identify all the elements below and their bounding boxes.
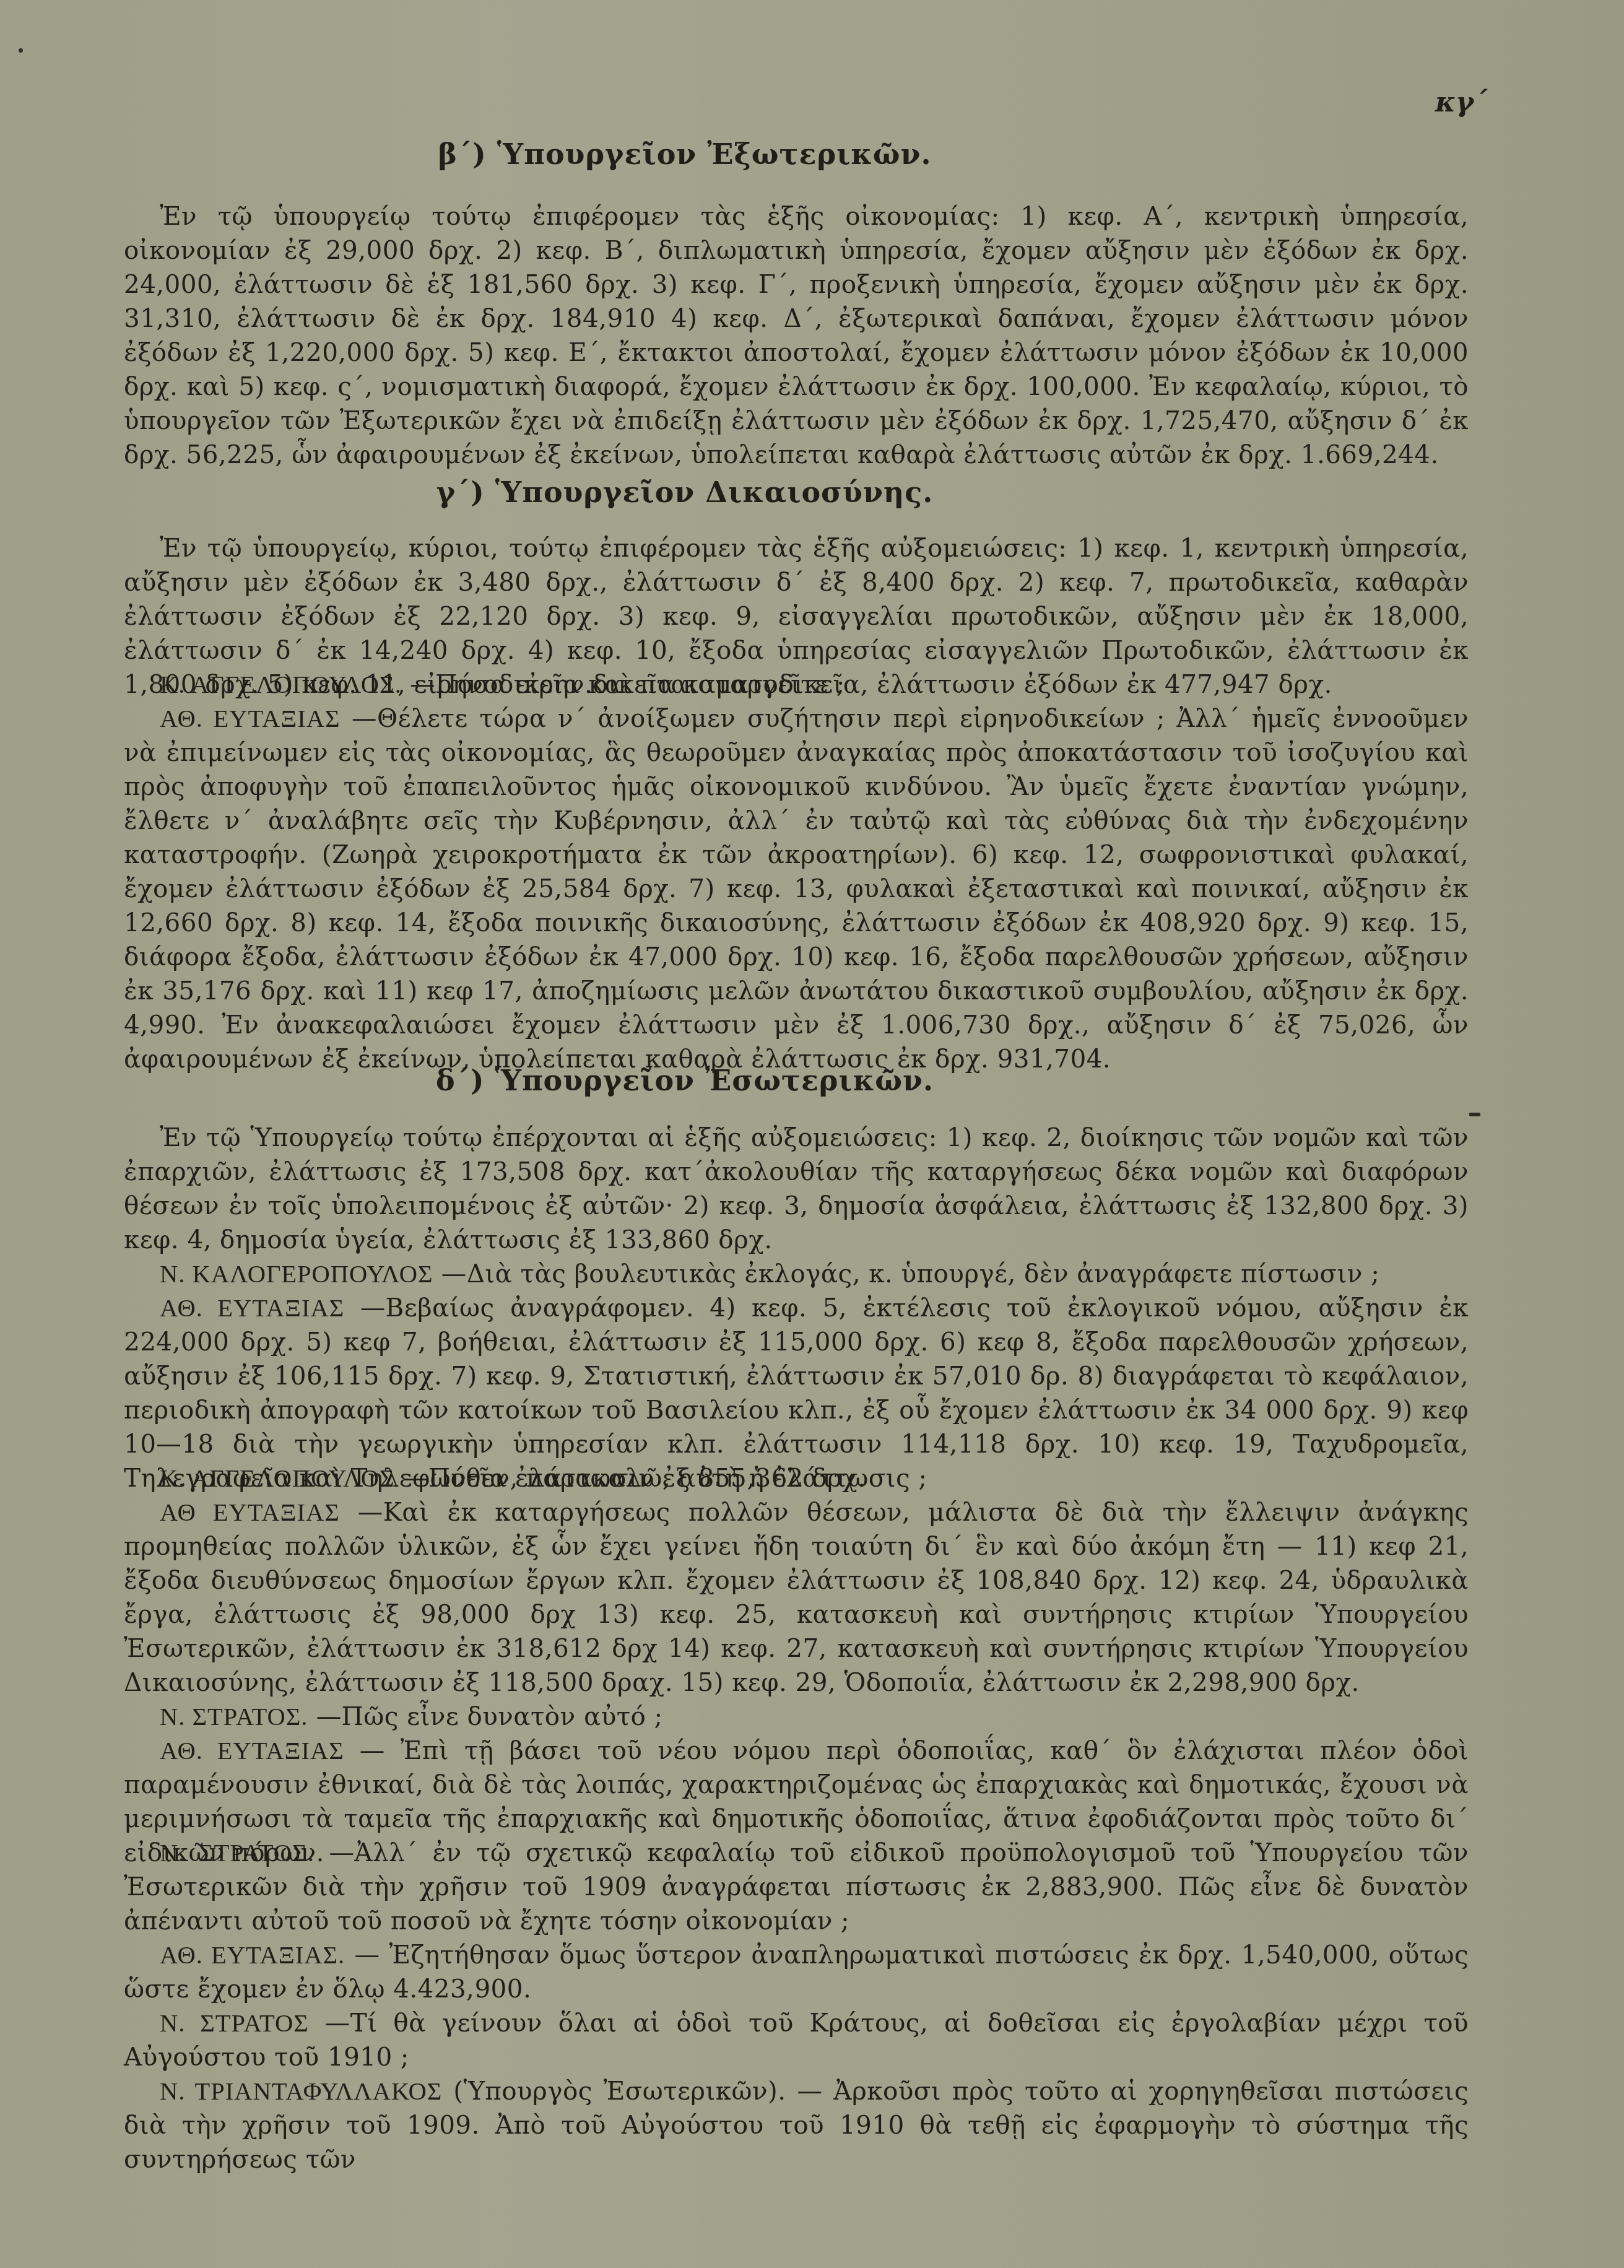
speech-stratos-1: Ν. ΣΤΡΑΤΟΣ. —Πῶς εἶνε δυνατὸν αὐτό ; (124, 1700, 1469, 1734)
speech-angelopoulos-1: Κ. ΑΓΓΕΛΟΠΟΥΛΟΣ. —Πόσα εἰρην.δικεῖα κατα… (124, 667, 1469, 702)
paragraph-text: Ἐν τῷ ὑπουργείῳ τούτῳ ἐπιφέρομεν τὰς ἑξῆ… (124, 201, 1469, 469)
speaker-name: Ν. ΣΤΡΑΤΟΣ. (160, 1839, 315, 1867)
speech-eftaxias-1: ΑΘ. ΕΥΤΑΞΙΑΣ —Θέλετε τώρα ν΄ ἀνοίξωμεν σ… (124, 702, 1469, 1076)
speech-eftaxias-5: ΑΘ. ΕΥΤΑΞΙΑΣ. — Ἐζητήθησαν ὅμως ὕστερον … (124, 1938, 1469, 2006)
speaker-name: ΑΘ. ΕΥΤΑΞΙΑΣ (160, 1294, 344, 1322)
section-heading-foreign-affairs: β΄) Ὑπουργεῖον Ἐξωτερικῶν. (12, 137, 1357, 171)
speech-text: —Πόθεν, παρακαλῶ, αὐτὴ ἡ ἐλάττωσις ; (403, 1463, 927, 1493)
speech-stratos-2: Ν. ΣΤΡΑΤΟΣ. —Ἀλλ΄ ἐν τῷ σχετικῷ κεφαλαίῳ… (124, 1836, 1469, 1938)
paragraph-interior-budget: Ἐν τῷ Ὑπουργείῳ τούτῳ ἐπέρχονται αἱ ἑξῆς… (124, 1121, 1469, 1257)
speech-text: —Ἀλλ΄ ἐν τῷ σχετικῷ κεφαλαίῳ τοῦ εἰδικοῦ… (124, 1838, 1469, 1936)
speaker-name: Ν. ΣΤΡΑΤΟΣ. (160, 1703, 308, 1731)
speech-text: —Πόσα εἰρην.δικεῖα καταργεῖτε ; (410, 669, 845, 699)
speech-text: —Τί θὰ γείνουν ὅλαι αἱ ὁδοὶ τοῦ Κράτους,… (124, 2008, 1469, 2072)
page-number: κγ΄ (1435, 87, 1487, 118)
speech-text: —Διὰ τὰς βουλευτικὰς ἐκλογάς, κ. ὑπουργέ… (441, 1259, 1379, 1288)
speaker-name: Κ. ΑΓΓΕΛΟΠΟΥΛΟΣ. (160, 671, 402, 698)
speech-text: —Θέλετε τώρα ν΄ ἀνοίξωμεν συζήτησιν περὶ… (124, 703, 1469, 1074)
speaker-name: ΑΘ. ΕΥΤΑΞΙΑΣ (160, 1737, 344, 1765)
paragraph-foreign-affairs-budget: Ἐν τῷ ὑπουργείῳ τούτῳ ἐπιφέρομεν τὰς ἑξῆ… (124, 199, 1469, 472)
speaker-name: ΑΘ ΕΥΤΑΞΙΑΣ (160, 1498, 340, 1526)
speaker-name: Ν. ΚΑΛΟΓΕΡΟΠΟΥΛΟΣ (160, 1260, 433, 1288)
speaker-name: ΑΘ. ΕΥΤΑΞΙΑΣ (160, 705, 341, 732)
margin-mark (1469, 1113, 1480, 1116)
speech-text: —Καὶ ἐκ καταργήσεως πολλῶν θέσεων, μάλισ… (124, 1497, 1469, 1697)
paragraph-text: Ἐν τῷ Ὑπουργείῳ τούτῳ ἐπέρχονται αἱ ἑξῆς… (124, 1123, 1469, 1254)
document-page: κγ΄ β΄) Ὑπουργεῖον Ἐξωτερικῶν. Ἐν τῷ ὑπο… (0, 0, 1624, 2268)
speaker-name: Κ. ΑΓΓΕΛΟΠΟΥΛΟΣ (160, 1464, 395, 1492)
speech-kalogeropoulos: Ν. ΚΑΛΟΓΕΡΟΠΟΥΛΟΣ —Διὰ τὰς βουλευτικὰς ἐ… (124, 1257, 1469, 1291)
speech-eftaxias-3: ΑΘ ΕΥΤΑΞΙΑΣ —Καὶ ἐκ καταργήσεως πολλῶν θ… (124, 1495, 1469, 1700)
speech-stratos-3: Ν. ΣΤΡΑΤΟΣ —Τί θὰ γείνουν ὅλαι αἱ ὁδοὶ τ… (124, 2006, 1469, 2074)
section-heading-justice: γ΄) Ὑπουργεῖον Δικαιοσύνης. (12, 476, 1357, 509)
paper-speck (19, 48, 23, 53)
speaker-name: ΑΘ. ΕΥΤΑΞΙΑΣ. (160, 1941, 345, 1969)
speaker-name: Ν. ΤΡΙΑΝΤΑΦΥΛΛΑΚΟΣ (160, 2077, 442, 2105)
speech-angelopoulos-2: Κ. ΑΓΓΕΛΟΠΟΥΛΟΣ —Πόθεν, παρακαλῶ, αὐτὴ ἡ… (124, 1461, 1469, 1495)
speech-triantafyllakos: Ν. ΤΡΙΑΝΤΑΦΥΛΛΑΚΟΣ (Ὑπουργὸς Ἐσωτερικῶν)… (124, 2074, 1469, 2176)
speaker-name: Ν. ΣΤΡΑΤΟΣ (160, 2009, 309, 2037)
section-heading-interior: δ΄) Ὑπουργεῖον Ἐσωτερικῶν. (12, 1064, 1357, 1097)
speech-text: —Πῶς εἶνε δυνατὸν αὐτό ; (316, 1701, 663, 1731)
